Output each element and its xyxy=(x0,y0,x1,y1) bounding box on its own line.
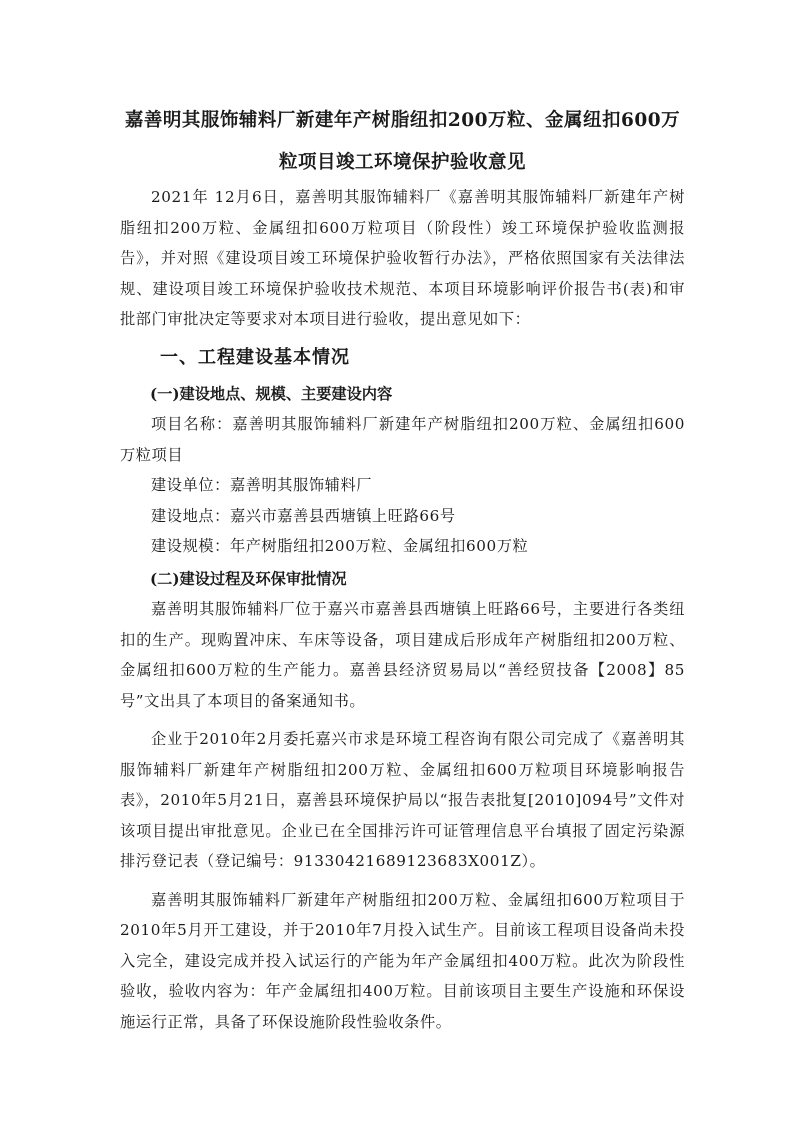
field-label: 建设规模： xyxy=(151,537,230,555)
subsection-heading-1: (一)建设地点、规模、主要建设内容 xyxy=(120,379,685,410)
field-project-name: 项目名称：嘉善明其服饰辅料厂新建年产树脂纽扣200万粒、金属纽扣600万粒项目 xyxy=(120,409,685,470)
paragraph: 嘉善明其服饰辅料厂新建年产树脂纽扣200万粒、金属纽扣600万粒项目于2010年… xyxy=(120,885,685,1038)
paragraph: 企业于2010年2月委托嘉兴市求是环境工程咨询有限公司完成了《嘉善明其服饰辅料厂… xyxy=(120,724,685,877)
title-line-2: 粒项目竣工环境保护验收意见 xyxy=(120,144,685,182)
field-builder: 建设单位：嘉善明其服饰辅料厂 xyxy=(120,470,685,501)
field-label: 建设单位： xyxy=(151,476,230,494)
intro-paragraph: 2021年 12月6日，嘉善明其服饰辅料厂《嘉善明其服饰辅料厂新建年产树脂纽扣2… xyxy=(120,182,685,335)
field-label: 项目名称： xyxy=(151,415,232,433)
field-location: 建设地点：嘉兴市嘉善县西塘镇上旺路66号 xyxy=(120,501,685,532)
field-scale: 建设规模：年产树脂纽扣200万粒、金属纽扣600万粒 xyxy=(120,531,685,562)
section-heading-1: 一、工程建设基本情况 xyxy=(160,341,685,375)
field-value: 年产树脂纽扣200万粒、金属纽扣600万粒 xyxy=(230,537,528,555)
field-label: 建设地点： xyxy=(151,507,230,525)
subsection-1: (一)建设地点、规模、主要建设内容 项目名称：嘉善明其服饰辅料厂新建年产树脂纽扣… xyxy=(120,379,685,562)
field-value: 嘉善明其服饰辅料厂 xyxy=(230,476,372,494)
subsection-heading-2: (二)建设过程及环保审批情况 xyxy=(120,564,685,595)
document-page: 嘉善明其服饰辅料厂新建年产树脂纽扣200万粒、金属纽扣600万 粒项目竣工环境保… xyxy=(120,102,685,1037)
subsection-2: (二)建设过程及环保审批情况 嘉善明其服饰辅料厂位于嘉兴市嘉善县西塘镇上旺路66… xyxy=(120,564,685,1038)
field-value: 嘉兴市嘉善县西塘镇上旺路66号 xyxy=(230,507,456,525)
paragraph: 嘉善明其服饰辅料厂位于嘉兴市嘉善县西塘镇上旺路66号，主要进行各类纽扣的生产。现… xyxy=(120,594,685,716)
title-line-1: 嘉善明其服饰辅料厂新建年产树脂纽扣200万粒、金属纽扣600万 xyxy=(104,102,701,140)
document-title: 嘉善明其服饰辅料厂新建年产树脂纽扣200万粒、金属纽扣600万 粒项目竣工环境保… xyxy=(120,102,685,182)
